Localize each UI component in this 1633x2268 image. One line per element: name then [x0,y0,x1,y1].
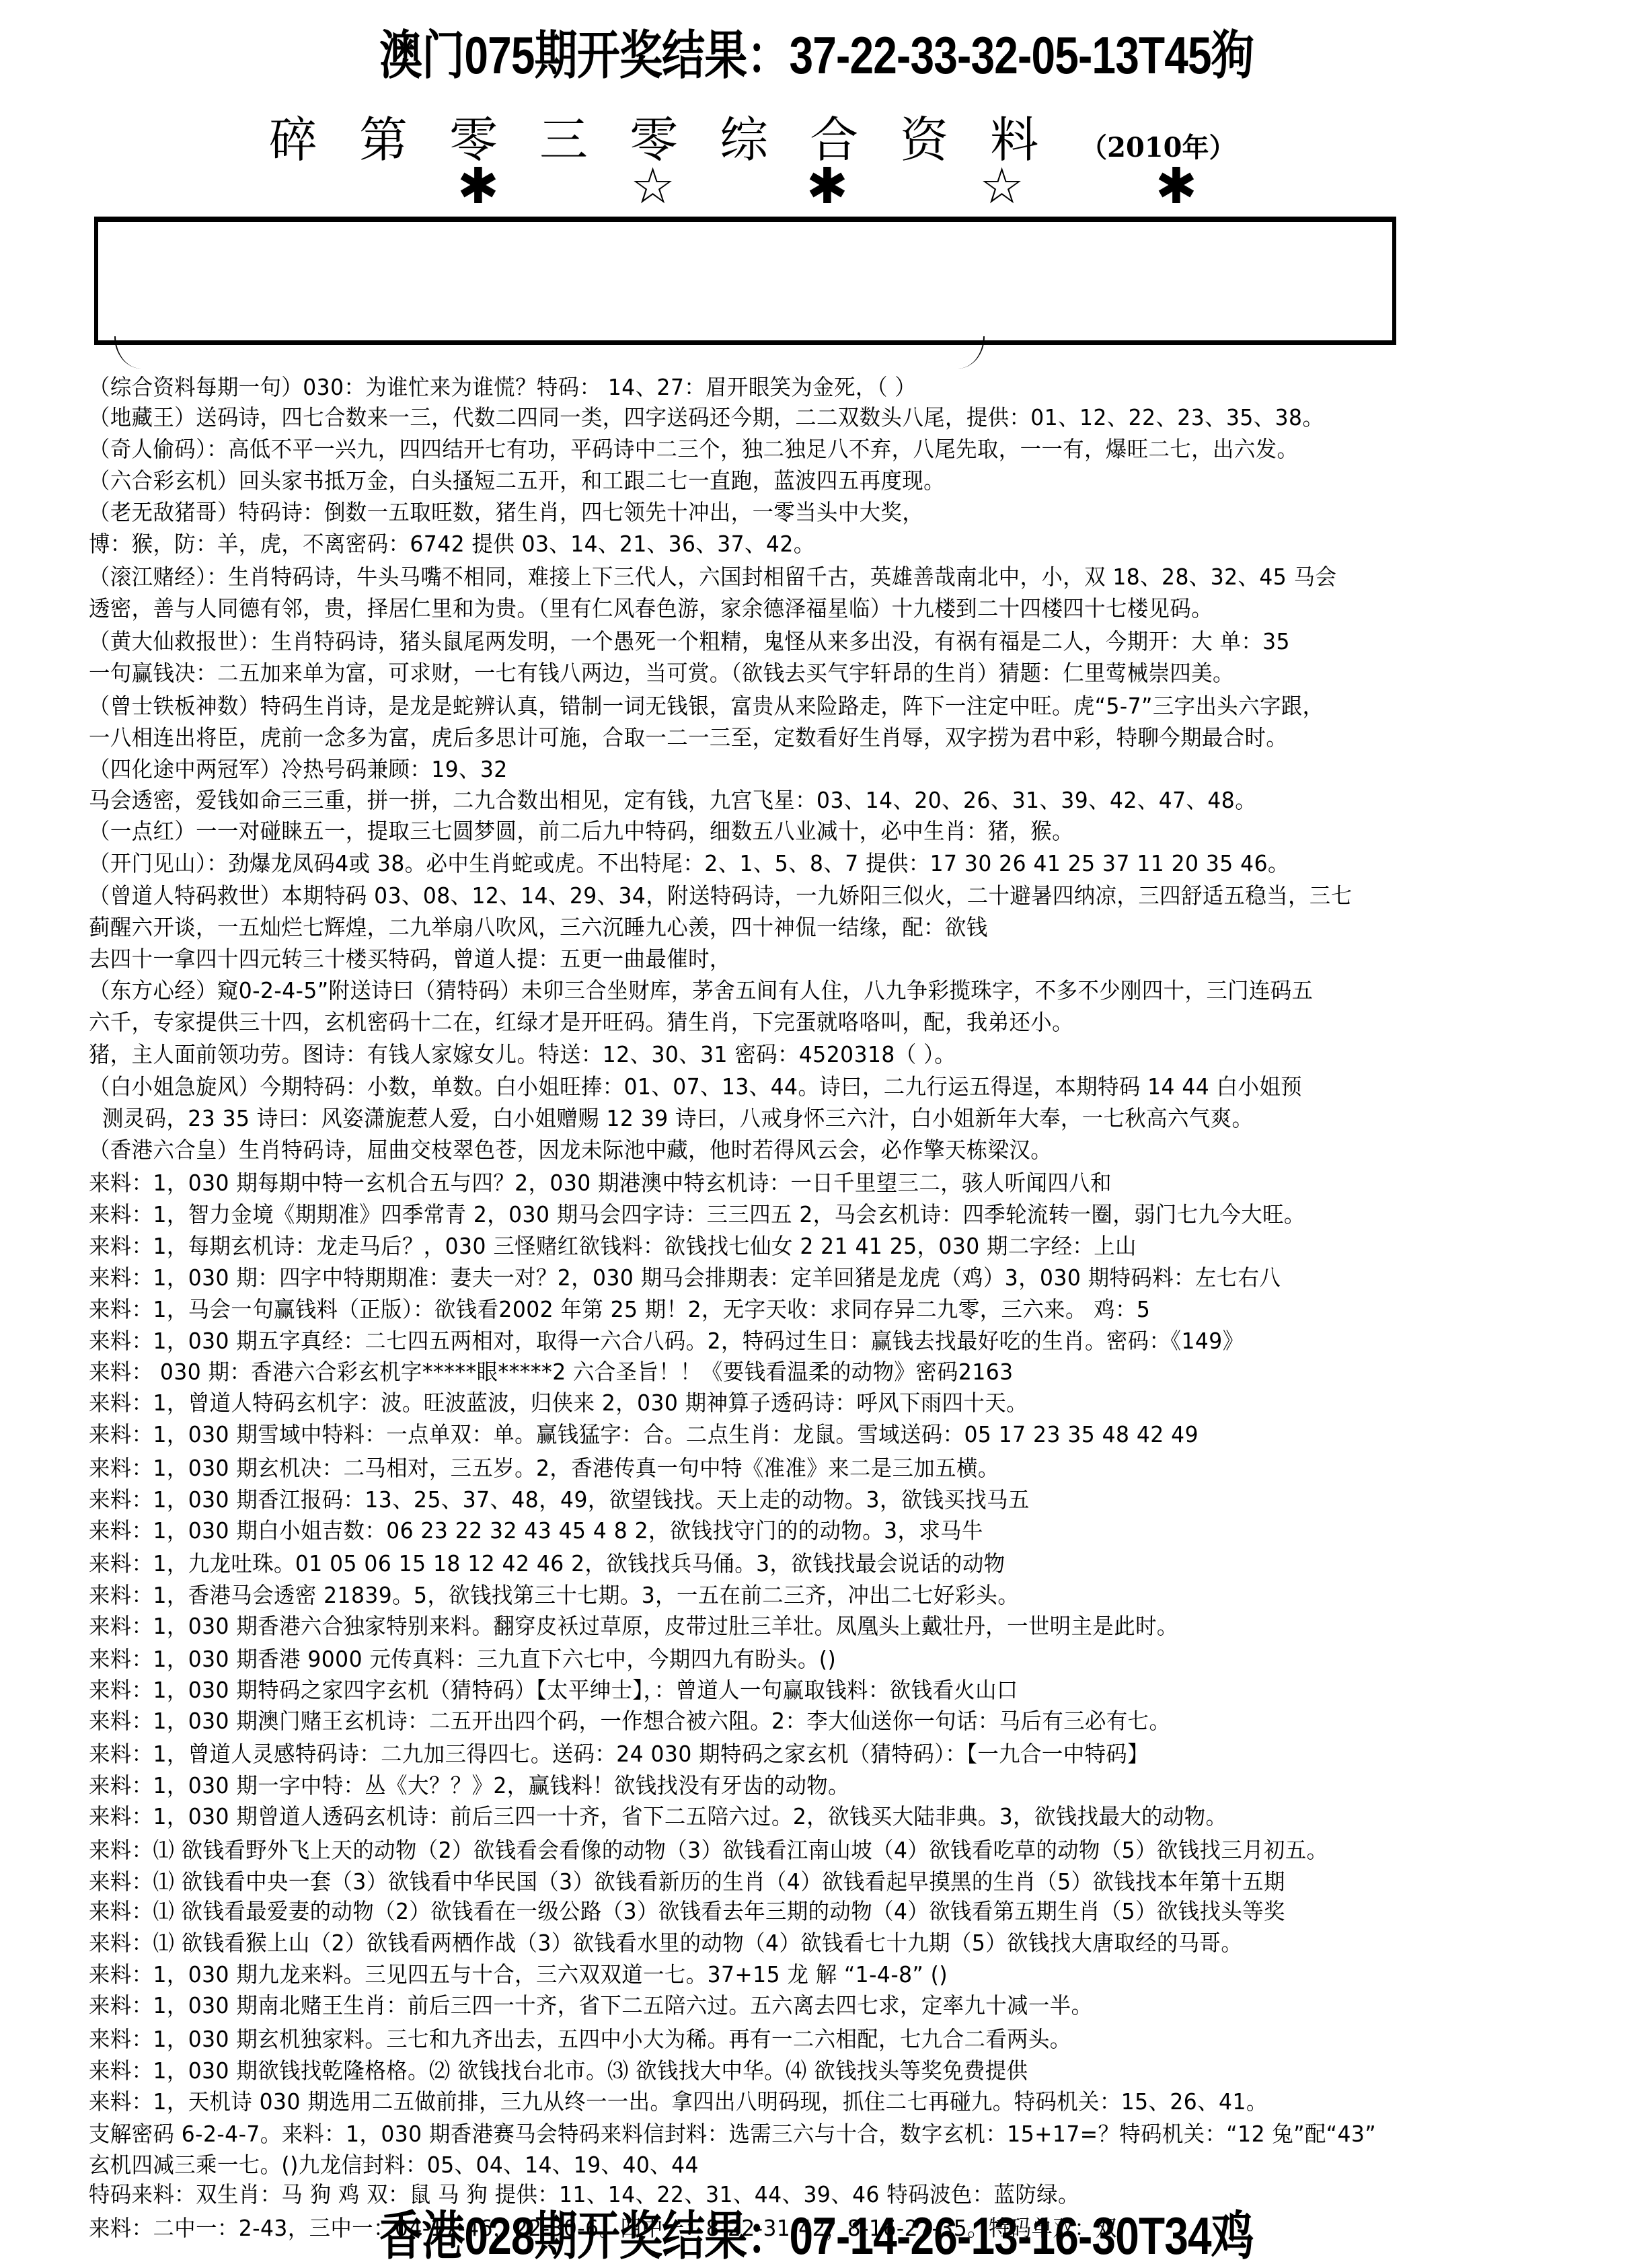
macau-result-headline: 澳门075期开奖结果：37-22-33-32-05-13T45狗 [147,13,1486,89]
text-line: 来料：1，030 期香港 9000 元传真料：三九直下六七中，今期四九有盼头。(… [89,1646,836,1673]
star-row: ✱ ☆ ✱ ☆ ✱ [457,161,1197,211]
text-line: 来料： 030 期：香港六合彩玄机字*****眼*****2 六合圣旨！！《要钱… [89,1359,1014,1386]
text-line: （地藏王）送码诗，四七合数来一三，代数二四同一类，四字送码还今期，二二双数头八尾… [89,404,1324,431]
asterisk-star-icon: ✱ [806,161,848,211]
text-line: 来料：1，每期玄机诗：龙走马后？，030 三怪赌红欲钱料：欲钱找七仙女 2 21… [89,1233,1137,1260]
text-line: 来料：1，030 期：四字中特期期准：妻夫一对？2，030 期马会排期表：定羊回… [89,1264,1281,1291]
text-line: 猪，主人面前领功劳。图诗：有钱人家嫁女儿。特送：12、30、31 密码：4520… [89,1041,956,1068]
text-line: （综合资料每期一句）030：为谁忙来为谁慌？特码： 14、27：眉开眼笑为金死，… [89,374,916,401]
text-line: 来料：⑴ 欲钱看最爱妻的动物（2）欲钱看在一级公路（3）欲钱看去年三期的动物（4… [89,1898,1285,1925]
text-line: （开门见山）：劲爆龙凤码4或 38。必中生肖蛇或虎。不出特尾：2、1、5、8、7… [89,850,1289,877]
title-char: 资 [900,112,990,168]
text-line: 来料：1，香港马会透密 21839。5，欲钱找第三十七期。3，一五在前二三齐，冲… [89,1582,1019,1609]
text-line: （奇人偷码）：高低不平一兴九，四四结开七有功，平码诗中二三个，独二独足八不弃，八… [89,436,1298,463]
text-line: （东方心经）窥0-2-4-5”附送诗曰（猜特码）未卯三合坐财库，茅舍五间有人住，… [89,977,1313,1004]
text-line: 来料：1，030 期欲钱找乾隆格格。⑵ 欲钱找台北市。⑶ 欲钱找大中华。⑷ 欲钱… [89,2057,1028,2084]
text-line: 来料：1，智力金境《期期准》四季常青 2，030 期马会四字诗：三三四五 2，马… [89,1201,1305,1228]
text-line: （白小姐急旋风）今期特码：小数，单数。白小姐旺捧：01、07、13、44。诗曰，… [89,1073,1302,1100]
text-line: 来料：1，030 期每期中特一玄机合五与四？2，030 期港澳中特玄机诗：一日千… [89,1170,1112,1197]
title-char: 三 [539,112,630,168]
text-line: 来料：1，马会一句赢钱料（正版）：欲钱看2002 年第 25 期！2，无字天收：… [89,1296,1150,1323]
title-char: 综 [720,112,810,168]
blank-frame-box [94,217,1396,345]
text-line: 博：猴，防：羊，虎，不离密码：6742 提供 03、14、21、36、37、42… [89,531,815,558]
text-line: 支解密码 6-2-4-7。来料：1，030 期香港赛马会特码来料信封料：选需三六… [89,2121,1376,2148]
text-line: 来料：1，030 期五字真经：二七四五两相对，取得一六合八码。2，特码过生日：赢… [89,1328,1244,1355]
outline-star-icon: ☆ [979,161,1024,211]
text-line: 来料：1，030 期玄机独家料。三七和九齐出去，五四中小大为稀。再有一二六相配，… [89,2026,1071,2053]
document-title: 碎第零三零综合资料（2010年） [269,101,1236,171]
text-line: 一八相连出将臣，虎前一念多为富，虎后多思计可施，合取一二一三至，定数看好生肖辱，… [89,724,1287,751]
text-line: （黄大仙救报世）：生肖特码诗，猪头鼠尾两发明，一个愚死一个粗精，鬼怪从来多出没，… [89,628,1290,655]
text-line: 来料：1，030 期澳门赌王玄机诗：二五开出四个码，一作想合被六阻。2：李大仙送… [89,1708,1170,1735]
text-line: 来料：1，030 期曾道人透码玄机诗：前后三四一十齐，省下二五陪六过。2，欲钱买… [89,1803,1227,1830]
text-line: （滚江赌经）：生肖特码诗，牛头马嘴不相同，难接上下三代人，六国封相留千古，英雄善… [89,564,1336,591]
outline-star-icon: ☆ [630,161,675,211]
text-line: 测灵码，23 35 诗曰：风姿潇旎惹人爱，白小姐赠赐 12 39 诗曰，八戒身怀… [102,1105,1253,1132]
text-line: 蓟醒六开谈，一五灿烂七辉煌，二九举扇八吹风，三六沉睡九心羡，四十神侃一结缘，配：… [89,914,988,941]
text-line: 来料：1，曾道人灵感特码诗：二九加三得四七。送码：24 030 期特码之家玄机（… [89,1741,1149,1768]
text-line: 来料：⑴ 欲钱看猴上山（2）欲钱看两栖作战（3）欲钱看水里的动物（4）欲钱看七十… [89,1930,1242,1957]
text-line: 来料：⑴ 欲钱看中央一套（3）欲钱看中华民国（3）欲钱看新历的生肖（4）欲钱看起… [89,1868,1285,1895]
title-char: 碎 [269,112,359,168]
text-line: 马会透密，爱钱如命三三重，拼一拼，二九合数出相见，定有钱，九宫飞星：03、14、… [89,787,1256,814]
asterisk-star-icon: ✱ [457,161,499,211]
text-line: 来料：⑴ 欲钱看野外飞上天的动物（2）欲钱看会看像的动物（3）欲钱看江南山坡（4… [89,1837,1328,1864]
text-line: 来料：1，030 期玄机决：二马相对，三五岁。2，香港传真一句中特《准准》来二是… [89,1455,999,1482]
text-line: 来料：1，天机诗 030 期选用二五做前排，三九从终一一出。拿四出八明码现，抓住… [89,2088,1268,2115]
text-line: 玄机四减三乘一七。()九龙信封料：05、04、14、19、40、44 [89,2152,699,2179]
title-char: 第 [359,112,449,168]
text-line: 来料：1，030 期九龙来料。三见四五与十合，三六双双道一七。37+15 龙 解… [89,1961,948,1988]
asterisk-star-icon: ✱ [1155,161,1197,211]
text-line: 来料：1，曾道人特码玄机字：波。旺波蓝波，归侠来 2，030 期神算子透码诗：呼… [89,1390,1028,1416]
text-line: 透密，善与人同德有邻，贵，择居仁里和为贵。（里有仁风春色游，家余德泽福星临）十九… [89,595,1213,622]
text-line: （香港六合皇）生肖特码诗，屈曲交枝翠色苍，因龙未际池中藏，他时若得风云会，必作擎… [89,1137,1052,1164]
text-line: （一点红）一一对碰睐五一，提取三七圆梦圆，前二后九中特码，细数五八业减十，必中生… [89,818,1073,845]
text-line: （曾道人特码救世）本期特码 03、08、12、14、29、34，附送特码诗，一九… [89,882,1353,909]
text-line: 来料：1，030 期白小姐吉数：06 23 22 32 43 45 4 8 2，… [89,1517,983,1544]
text-line: 来料：1，九龙吐珠。01 05 06 15 18 12 42 46 2，欲钱找兵… [89,1550,1005,1577]
text-line: 来料：1，030 期香江报码：13、25、37、48，49，欲望钱找。天上走的动… [89,1486,1030,1513]
text-line: （老无敌猪哥）特码诗：倒数一五取旺数，猪生肖，四七领先十冲出，一零当头中大奖， [89,499,923,526]
text-line: 六千，专家提供三十四，玄机密码十二在，红绿才是开旺码。猜生肖，下完蛋就咯咯叫，配… [89,1009,1073,1036]
text-line: 去四十一拿四十四元转三十楼买特码，曾道人提：五更一曲最催时， [89,946,731,973]
hongkong-result-headline: 香港028期开奖结果：07-14-26-13-16-30T34鸡 [147,2194,1486,2268]
text-line: （六合彩玄机）回头家书抵万金，白头搔短二五开，和工跟二七一直跑，蓝波四五再度现。 [89,467,945,494]
text-line: （四化途中两冠军）冷热号码兼顾：19、32 [89,756,508,783]
text-line: 来料：1，030 期香港六合独家特别来料。翻穿皮袄过草原，皮带过肚三羊壮。凤凰头… [89,1613,1178,1640]
text-line: 来料：1，030 期特码之家四字玄机（猜特码）【太平绅士】，：曾道人一句赢取钱料… [89,1677,1018,1704]
text-line: 来料：1，030 期一字中特：丛《大？？》2，赢钱料！欲钱找没有牙齿的动物。 [89,1772,849,1799]
parenthesis-arc [114,336,985,369]
text-line: （曾士铁板神数）特码生肖诗，是龙是蛇辨认真，错制一词无钱银，富贵从来险路走，阵下… [89,693,1324,720]
text-line: 来料：1，030 期南北赌王生肖：前后三四一十齐，省下二五陪六过。五六离去四七求… [89,1992,1092,2019]
text-line: 来料：1，030 期雪域中特料：一点单双：单。赢钱猛字：合。二点生肖：龙鼠。雪域… [89,1421,1199,1448]
text-line: 一句赢钱决：二五加来单为富，可求财，一七有钱八两边，当可赏。（欲钱去买气宇轩昂的… [89,660,1234,687]
